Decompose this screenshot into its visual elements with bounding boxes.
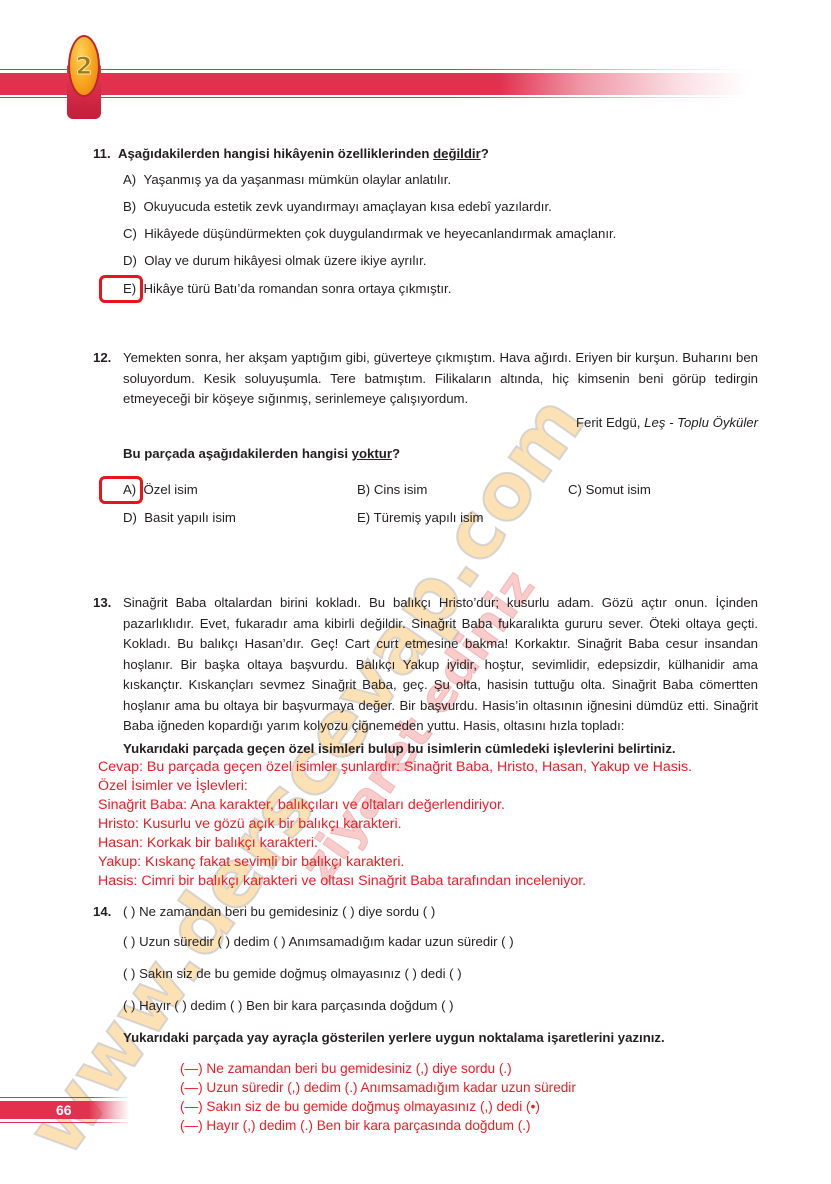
question-number: 11.: [93, 146, 111, 161]
answer-block: (—) Ne zamandan beri bu gemidesiniz (,) …: [180, 1059, 576, 1135]
answer-line: Cevap: Bu parçada geçen özel isimler şun…: [98, 758, 692, 777]
answer-mark-e: [99, 275, 143, 303]
answer-line: Hasan: Korkak bir balıkçı karakteri.: [98, 834, 692, 853]
answer-line: (—) Ne zamandan beri bu gemidesiniz (,) …: [180, 1059, 576, 1078]
passage: Yemekten sonra, her akşam yaptığım gibi,…: [123, 348, 758, 410]
option-d[interactable]: D) Olay ve durum hikâyesi olmak üzere ik…: [123, 253, 426, 269]
option-text: Basit yapılı isim: [144, 510, 236, 525]
answer-line: (—) Hayır (,) dedim (.) Ben bir kara par…: [180, 1116, 576, 1135]
stem-emphasis: yoktur: [352, 446, 392, 461]
option-b[interactable]: B) Cins isim: [357, 482, 427, 498]
question-instruction: Yukarıdaki parçada geçen özel isimleri b…: [123, 741, 676, 757]
option-letter: E): [357, 510, 370, 525]
exercise-line: ( ) Hayır ( ) dedim ( ) Ben bir kara par…: [123, 998, 454, 1014]
source-title: Leş - Toplu Öyküler: [644, 415, 758, 430]
option-c[interactable]: C) Somut isim: [568, 482, 651, 498]
stem-emphasis: değildir: [433, 146, 481, 161]
question-number: 14.: [93, 904, 111, 920]
source-author: Ferit Edgü,: [576, 415, 644, 430]
answer-line: (—) Uzun süredir (,) dedim (.) Anımsamad…: [180, 1078, 576, 1097]
answer-line: Yakup: Kıskanç fakat sevimli bir balıkçı…: [98, 853, 692, 872]
option-a[interactable]: A) Yaşanmış ya da yaşanması mümkün olayl…: [123, 172, 451, 188]
stem-text: Aşağıdakilerden hangisi hikâyenin özelli…: [118, 146, 433, 161]
option-letter: C): [568, 482, 582, 497]
page-number: 66: [56, 1100, 72, 1120]
option-text: Yaşanmış ya da yaşanması mümkün olaylar …: [144, 172, 452, 187]
question-stem: 11. Aşağıdakilerden hangisi hikâyenin öz…: [93, 146, 489, 162]
question-stem: Bu parçada aşağıdakilerden hangisi yoktu…: [123, 446, 400, 462]
question-number: 12.: [93, 350, 111, 366]
option-letter: B): [357, 482, 370, 497]
footer-band: 66: [0, 1097, 130, 1123]
option-text: Okuyucuda estetik zevk uyandırmayı amaçl…: [144, 199, 552, 214]
option-letter: C): [123, 226, 137, 241]
answer-mark-a: [99, 476, 143, 504]
option-e[interactable]: E) Hikâye türü Batı’da romandan sonra or…: [123, 281, 451, 297]
answer-line: Hristo: Kusurlu ve gözü açık bir balıkçı…: [98, 815, 692, 834]
exercise-line: ( ) Ne zamandan beri bu gemidesiniz ( ) …: [123, 904, 435, 920]
option-text: Olay ve durum hikâyesi olmak üzere ikiye…: [144, 253, 426, 268]
option-text: Türemiş yapılı isim: [374, 510, 484, 525]
answer-line: Sinağrit Baba: Ana karakter, balıkçıları…: [98, 796, 692, 815]
option-text: Hikâyede düşündürmekten çok duygulandırm…: [144, 226, 616, 241]
answer-line: (—) Sakın siz de bu gemide doğmuş olmaya…: [180, 1097, 576, 1116]
worksheet-page: 11. Aşağıdakilerden hangisi hikâyenin öz…: [0, 0, 831, 1184]
answer-block: Cevap: Bu parçada geçen özel isimler şun…: [98, 758, 692, 891]
question-number: 13.: [93, 595, 111, 611]
option-letter: A): [123, 172, 136, 187]
answer-line: Özel İsimler ve İşlevleri:: [98, 777, 692, 796]
option-e[interactable]: E) Türemiş yapılı isim: [357, 510, 484, 526]
option-text: Hikâye türü Batı’da romandan sonra ortay…: [144, 281, 452, 296]
option-letter: B): [123, 199, 136, 214]
stem-text: Bu parçada aşağıdakilerden hangisi: [123, 446, 352, 461]
passage-source: Ferit Edgü, Leş - Toplu Öyküler: [576, 415, 758, 431]
option-c[interactable]: C) Hikâyede düşündürmekten çok duyguland…: [123, 226, 616, 242]
option-letter: D): [123, 510, 137, 525]
answer-line: Hasis: Cimri bir balıkçı karakteri ve ol…: [98, 872, 692, 891]
option-b[interactable]: B) Okuyucuda estetik zevk uyandırmayı am…: [123, 199, 552, 215]
option-letter: D): [123, 253, 137, 268]
question-instruction: Yukarıdaki parçada yay ayraçla gösterile…: [123, 1030, 665, 1046]
stem-end: ?: [392, 446, 400, 461]
exercise-line: ( ) Sakın siz de bu gemide doğmuş olmaya…: [123, 966, 462, 982]
stem-end: ?: [481, 146, 489, 161]
option-text: Özel isim: [144, 482, 198, 497]
option-text: Cins isim: [374, 482, 427, 497]
option-d[interactable]: D) Basit yapılı isim: [123, 510, 236, 526]
exercise-line: ( ) Uzun süredir ( ) dedim ( ) Anımsamad…: [123, 934, 514, 950]
option-text: Somut isim: [586, 482, 651, 497]
passage: Sinağrit Baba oltalardan birini kokladı.…: [123, 593, 758, 737]
